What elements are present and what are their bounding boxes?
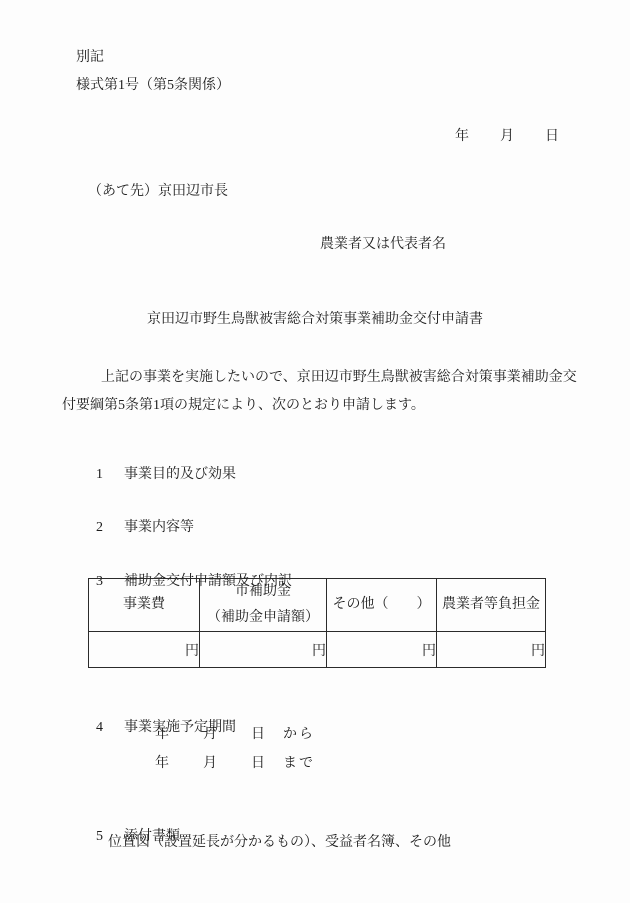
header-farmer-burden: 農業者等負担金 <box>437 579 546 632</box>
header-city-subsidy-line2: （補助金申請額） <box>200 605 326 631</box>
attachments-line: 位置図（設置延長が分かるもの）、受益者名簿、その他 <box>108 833 451 853</box>
unit-cell-other: 円 <box>327 632 437 668</box>
section-4-number: 4 <box>96 718 124 738</box>
unit-cell-city-subsidy: 円 <box>200 632 327 668</box>
table-header-row: 事業費 市補助金 （補助金申請額） その他（ ） 農業者等負担金 <box>89 579 546 632</box>
body-paragraph: 上記の事業を実施したいので、京田辺市野生鳥獣被害総合対策事業補助金交 付要綱第5… <box>62 364 602 419</box>
section-2-number: 2 <box>96 518 124 538</box>
header-other: その他（ ） <box>327 579 437 632</box>
section-1-heading: 1事業目的及び効果 <box>82 445 236 505</box>
document-title: 京田辺市野生鳥獣被害総合対策事業補助金交付申請書 <box>0 310 630 330</box>
period-to-line: 年 月 日 まで <box>155 754 315 774</box>
section-2-heading: 2事業内容等 <box>82 498 194 558</box>
addressee-line: （あて先）京田辺市長 <box>88 182 228 202</box>
date-line: 年 月 日 <box>455 127 560 147</box>
section-1-number: 1 <box>96 465 124 485</box>
header-project-cost: 事業費 <box>89 579 200 632</box>
section-2-label: 事業内容等 <box>124 520 194 535</box>
header-city-subsidy-line1: 市補助金 <box>200 579 326 605</box>
application-form-page: 別記 様式第1号（第5条関係） 年 月 日 （あて先）京田辺市長 農業者又は代表… <box>0 0 630 903</box>
applicant-name-label: 農業者又は代表者名 <box>320 235 446 255</box>
table-unit-row: 円 円 円 円 <box>89 632 546 668</box>
unit-cell-farmer-burden: 円 <box>437 632 546 668</box>
header-city-subsidy: 市補助金 （補助金申請額） <box>200 579 327 632</box>
unit-cell-project-cost: 円 <box>89 632 200 668</box>
form-number: 様式第1号（第5条関係） <box>76 76 230 96</box>
note-label: 別記 <box>76 48 104 68</box>
period-from-line: 年 月 日 から <box>155 725 315 745</box>
amount-breakdown-table: 事業費 市補助金 （補助金申請額） その他（ ） 農業者等負担金 円 円 円 円 <box>88 578 546 668</box>
section-1-label: 事業目的及び効果 <box>124 467 236 482</box>
